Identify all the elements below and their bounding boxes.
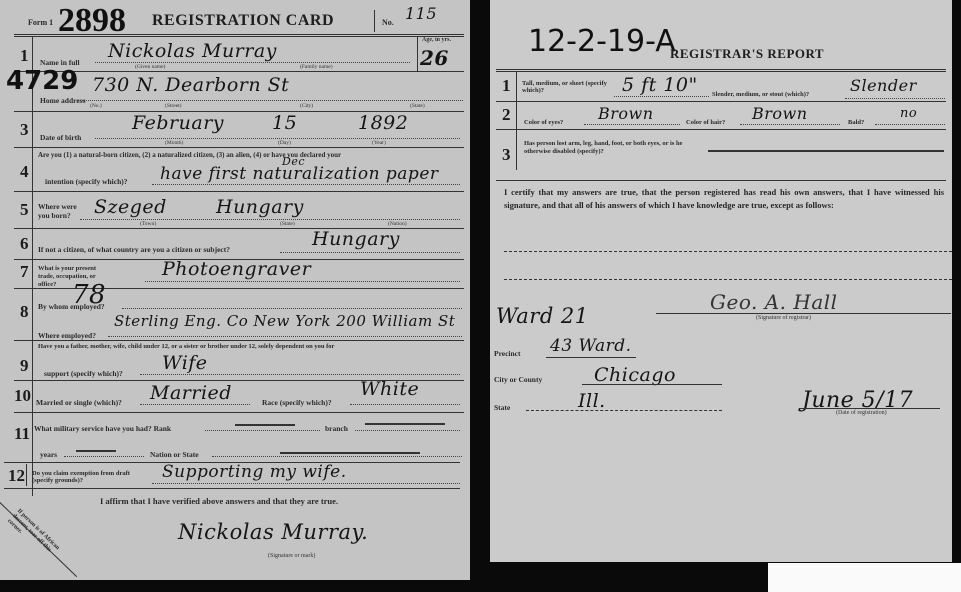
nation-or-state-label: Nation or State [150,450,199,459]
hair-color-value: Brown [752,104,808,123]
dependents-label: support (specify which)? [44,369,123,378]
build-value: Slender [850,76,917,95]
state-label: State [494,403,510,412]
dependents-question: Have you a father, mother, wife, child u… [38,342,334,351]
employed-where-value: Sterling Eng. Co New York 200 William St [114,312,455,330]
citizenship-label: intention (specify which)? [45,177,128,186]
exemption-label: Do you claim exemption from draft (speci… [32,470,147,484]
blank-corner [768,563,961,592]
marital-status-value: Married [150,382,232,404]
report-row-number-3: 3 [502,145,511,165]
build-label: Slender, medium, or stout (which)? [712,90,809,99]
disability-label: Has person lost arm, leg, hand, foot, or… [524,140,704,156]
eye-color-value: Brown [598,104,654,123]
marital-status-label: Married or single (which)? [36,398,122,407]
registration-date-caption: (Date of registration) [836,410,887,416]
applicant-signature: Nickolas Murray. [178,520,368,544]
employer-scribble: 78 [72,280,106,310]
report-row-number-1: 1 [502,76,511,96]
birth-day-value: 15 [272,112,297,134]
birthplace-state-value: Hungary [216,196,304,218]
sub-number: (No.) [90,103,102,109]
row-number-4: 4 [20,162,29,182]
dependents-value: Wife [162,352,208,374]
sub-nation: (Nation) [388,221,407,227]
bald-value: no [900,106,917,121]
certification-text: I certify that my answers are true, that… [504,186,944,212]
precinct-value: 43 Ward. [550,336,632,356]
birth-year-value: 1892 [358,112,408,134]
race-value: White [360,378,419,400]
sub-month: (Month) [165,140,183,146]
height-value: 5 ft 10" [622,74,698,96]
registration-card: Form 1 2898 REGISTRATION CARD No. 115 1 … [0,0,470,580]
tear-off-note: If person is of African descent, tear of… [5,508,63,565]
serial-stamp: 4729 [6,66,78,96]
registrar-signature: Geo. A. Hall [710,290,838,314]
row-number-7: 7 [20,262,29,282]
sub-given-name: (Given name) [135,64,165,70]
report-title: REGISTRAR'S REPORT [670,46,824,62]
ward-note: Ward 21 [496,304,589,328]
card-title: REGISTRATION CARD [152,12,334,30]
row-number-11: 11 [14,424,30,444]
signature-caption: (Signature or mark) [268,553,315,559]
years-label: years [40,450,57,459]
form-prefix: Form 1 [28,18,53,27]
row-number-1: 1 [20,46,29,66]
name-value: Nickolas Murray [108,40,277,62]
card-number-label: No. [382,18,394,27]
city-county-value: Chicago [594,364,676,386]
race-label: Race (specify which)? [262,398,332,407]
exemption-value: Supporting my wife. [162,462,347,482]
height-label: Tall, medium, or short (specify which)? [522,80,612,94]
affirmation-text: I affirm that I have verified above answ… [100,497,338,506]
report-row-number-2: 2 [502,105,511,125]
hair-color-label: Color of hair? [686,118,725,127]
date-of-birth-label: Date of birth [40,133,81,142]
military-service-label: What military service have you had? Rank [34,424,171,433]
sub-state-birth: (State) [280,221,295,227]
age-value: 26 [420,46,449,70]
registrar-caption: (Signature of registrar) [756,315,811,321]
citizenship-value: have first naturalization paper [160,164,439,184]
sub-city: (City) [300,103,313,109]
sub-street: (Street) [165,103,182,109]
row-number-9: 9 [20,356,29,376]
employed-where-label: Where employed? [38,331,96,340]
row-number-12: 12 [8,466,25,486]
city-county-label: City or County [494,375,542,384]
row-number-8: 8 [20,302,29,322]
sub-year: (Year) [372,140,386,146]
birthplace-town-value: Szeged [94,196,167,218]
registrars-report: 12-2-19-A REGISTRAR'S REPORT 1 Tall, med… [490,0,952,562]
citizen-country-value: Hungary [312,228,400,250]
citizen-country-label: If not a citizen, of what country are yo… [38,245,230,254]
report-stamp: 12-2-19-A [528,24,676,59]
row-number-5: 5 [20,200,29,220]
occupation-value: Photoengraver [162,258,311,280]
row-number-3: 3 [20,120,29,140]
sub-day: (Day) [278,140,291,146]
precinct-label: Precinct [494,349,521,358]
age-label: Age, in yrs. [422,37,451,43]
sub-family-name: (Family name) [300,64,333,70]
eye-color-label: Color of eyes? [524,118,563,127]
birth-month-value: February [132,112,224,134]
sub-state: (State) [410,103,425,109]
birthplace-label: Where were you born? [38,202,88,220]
row-number-10: 10 [14,386,31,406]
row-number-6: 6 [20,234,29,254]
state-value: Ill. [578,390,606,412]
bald-label: Bald? [848,118,864,127]
sub-town: (Town) [140,221,156,227]
branch-label: branch [325,424,348,433]
card-number-value: 115 [405,4,437,23]
home-address-value: 730 N. Dearborn St [92,74,289,96]
